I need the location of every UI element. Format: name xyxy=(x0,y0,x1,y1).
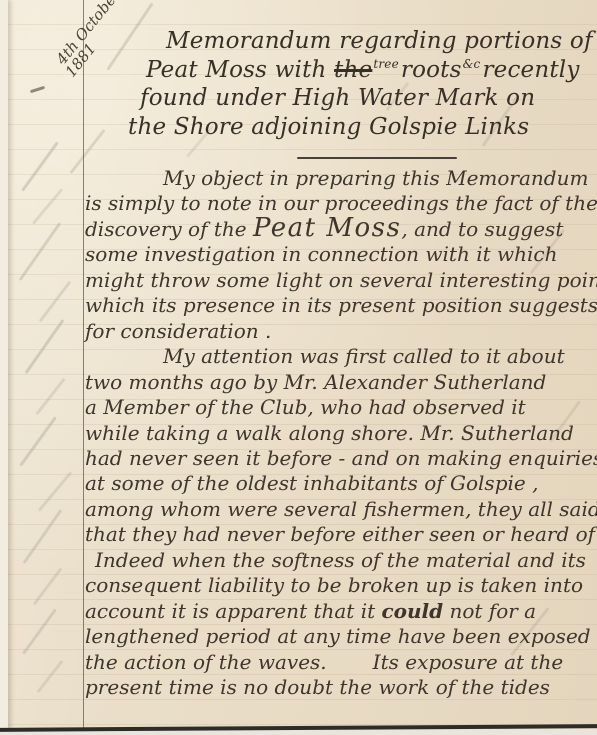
body-line: the action of the waves.Its exposure at … xyxy=(85,650,597,675)
heading-line2-post: recently xyxy=(482,57,579,83)
body-line: some investigation in connection with it… xyxy=(85,242,597,267)
body-line: among whom were several fishermen, they … xyxy=(85,497,597,522)
heading-line-1: Memorandum regarding portions of a xyxy=(166,27,597,56)
heading-line2-mid: roots xyxy=(401,57,462,83)
body-line: two months ago by Mr. Alexander Sutherla… xyxy=(85,370,597,395)
body-line: a Member of the Club, who had observed i… xyxy=(85,395,597,420)
memorandum-body: My object in preparing this Memorandum i… xyxy=(85,166,597,701)
red-margin-line xyxy=(83,0,84,729)
heading-line-2: Peat Moss with thetreeroots&crecently xyxy=(146,56,597,85)
bleed-through-mark xyxy=(35,378,65,415)
body-line-segment: account it is apparent that it xyxy=(85,599,381,623)
bleed-through-mark xyxy=(21,141,59,191)
body-line-segment: Its exposure at the xyxy=(373,650,564,674)
bleed-through-mark xyxy=(32,188,63,224)
body-line: that they had never before either seen o… xyxy=(85,522,597,547)
bleed-through-mark xyxy=(39,281,71,323)
bleed-through-mark xyxy=(33,568,62,606)
heading-line2-pre: Peat Moss with xyxy=(146,57,334,83)
body-line: had never seen it before - and on making… xyxy=(85,446,597,471)
body-line: My attention was first called to it abou… xyxy=(85,344,597,369)
paper-left-edge xyxy=(0,0,8,735)
body-line-segment: the action of the waves. xyxy=(85,650,327,674)
body-line: account it is apparent that it could not… xyxy=(85,599,597,624)
overwritten-word: could xyxy=(381,599,443,623)
body-line: present time is no doubt the work of the… xyxy=(85,675,597,700)
body-line: consequent liability to be broken up is … xyxy=(85,573,597,598)
body-line-segment: not for a xyxy=(443,599,536,623)
heading-underline-rule xyxy=(297,157,457,159)
body-line: lengthened period at any time have been … xyxy=(85,624,597,649)
body-line: while taking a walk along shore. Mr. Sut… xyxy=(85,421,597,446)
memorandum-heading: Memorandum regarding portions of a Peat … xyxy=(128,27,597,141)
body-line: which its presence in its present positi… xyxy=(85,293,597,318)
bleed-through-mark xyxy=(25,319,65,374)
body-line: at some of the oldest inhabitants of Gol… xyxy=(85,471,597,496)
manuscript-page: 4th October 1881 Memorandum regarding po… xyxy=(0,0,597,735)
body-line: My object in preparing this Memorandum xyxy=(85,166,597,191)
body-line: discovery of the Peat Moss, and to sugge… xyxy=(85,217,597,242)
inserted-etc: &c xyxy=(463,57,481,71)
bleed-through-mark xyxy=(19,416,57,466)
body-line: Indeed when the softness of the material… xyxy=(85,548,597,573)
ink-blot-mark xyxy=(30,86,45,93)
bleed-through-mark xyxy=(37,660,64,693)
heading-line-4: the Shore adjoining Golspie Links xyxy=(128,113,597,142)
bleed-through-mark xyxy=(19,222,62,281)
peat-moss-emphasis: Peat Moss xyxy=(253,213,401,243)
bleed-through-mark xyxy=(38,471,72,511)
bleed-through-mark xyxy=(22,608,57,654)
inserted-word: tree xyxy=(373,57,399,71)
struck-word: the xyxy=(334,57,372,83)
body-line: for consideration . xyxy=(85,319,597,344)
heading-line-3: found under High Water Mark on xyxy=(140,84,597,113)
body-line-segment: , and to suggest xyxy=(401,217,563,241)
body-line: might throw some light on several intere… xyxy=(85,268,597,293)
bleed-through-mark xyxy=(23,509,63,564)
date-annotation: 4th October 1881 xyxy=(54,0,135,77)
body-line-segment: discovery of the xyxy=(85,217,253,241)
